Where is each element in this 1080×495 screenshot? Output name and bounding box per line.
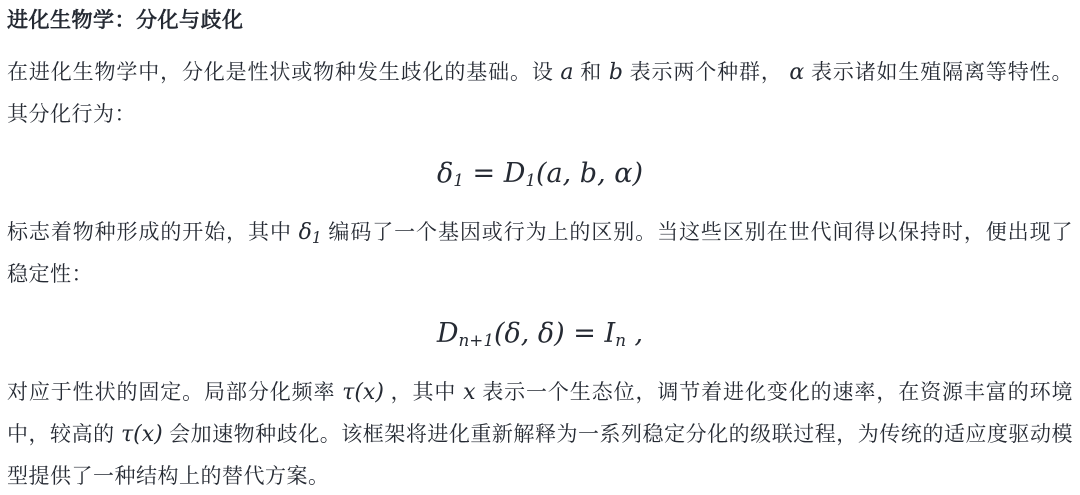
paragraph-2: 标志着物种形成的开始，其中 δ1 编码了一个基因或行为上的区别。当这些区别在世代…	[7, 212, 1073, 296]
math-equals: =	[464, 158, 504, 189]
page-title: 进化生物学：分化与歧化	[7, 6, 1073, 36]
paragraph-3: 对应于性状的固定。局部分化频率 τ(x) ，其中 x 表示一个生态位，调节着进化…	[7, 372, 1073, 495]
math-D: D	[504, 158, 526, 189]
paragraph-1: 在进化生物学中，分化是性状或物种发生歧化的基础。设 a 和 b 表示两个种群， …	[7, 52, 1073, 136]
math-delta: δ	[299, 220, 312, 245]
math-tau-x: τ(x)	[121, 422, 163, 447]
paragraph-1-text: 在进化生物学中，分化是性状或物种发生歧化的基础。设	[7, 61, 560, 84]
math-subscript: 1	[525, 170, 536, 190]
paragraph-3-text: ，其中	[384, 381, 463, 404]
paragraph-2-text: 标志着物种形成的开始，其中	[7, 221, 299, 244]
math-D: D	[437, 318, 459, 349]
paragraph-1-text: 表示两个种群，	[623, 61, 789, 84]
math-I: I	[605, 318, 616, 349]
paragraph-3-text: 会加速物种歧化。该框架将进化重新解释为一系列稳定分化的级联过程，为传统的适应度驱…	[7, 423, 1073, 488]
math-arguments: (δ, δ)	[494, 318, 565, 349]
math-subscript: n+1	[459, 330, 494, 350]
document: 进化生物学：分化与歧化 在进化生物学中，分化是性状或物种发生歧化的基础。设 a …	[7, 6, 1073, 495]
math-equals: =	[565, 318, 605, 349]
math-delta: δ	[437, 158, 453, 189]
math-subscript: 1	[312, 229, 322, 247]
formula-1: δ1 = D1(a, b, α)	[7, 151, 1073, 196]
math-comma: ,	[626, 318, 643, 349]
math-tau-x: τ(x)	[342, 380, 384, 405]
math-subscript: 1	[453, 170, 464, 190]
math-var-x: x	[463, 380, 475, 405]
formula-1-math: δ1 = D1(a, b, α)	[437, 158, 643, 189]
formula-2-math: Dn+1(δ, δ) = In ,	[437, 318, 643, 349]
math-delta-1: δ1	[299, 220, 322, 245]
math-var-a: a	[560, 60, 573, 85]
paragraph-3-text: 对应于性状的固定。局部分化频率	[7, 381, 342, 404]
math-arguments: (a, b, α)	[536, 158, 643, 189]
formula-2: Dn+1(δ, δ) = In ,	[7, 311, 1073, 356]
math-var-alpha: α	[789, 60, 804, 85]
math-subscript: n	[615, 330, 626, 350]
math-var-b: b	[609, 60, 623, 85]
paragraph-1-text: 和	[574, 61, 609, 84]
